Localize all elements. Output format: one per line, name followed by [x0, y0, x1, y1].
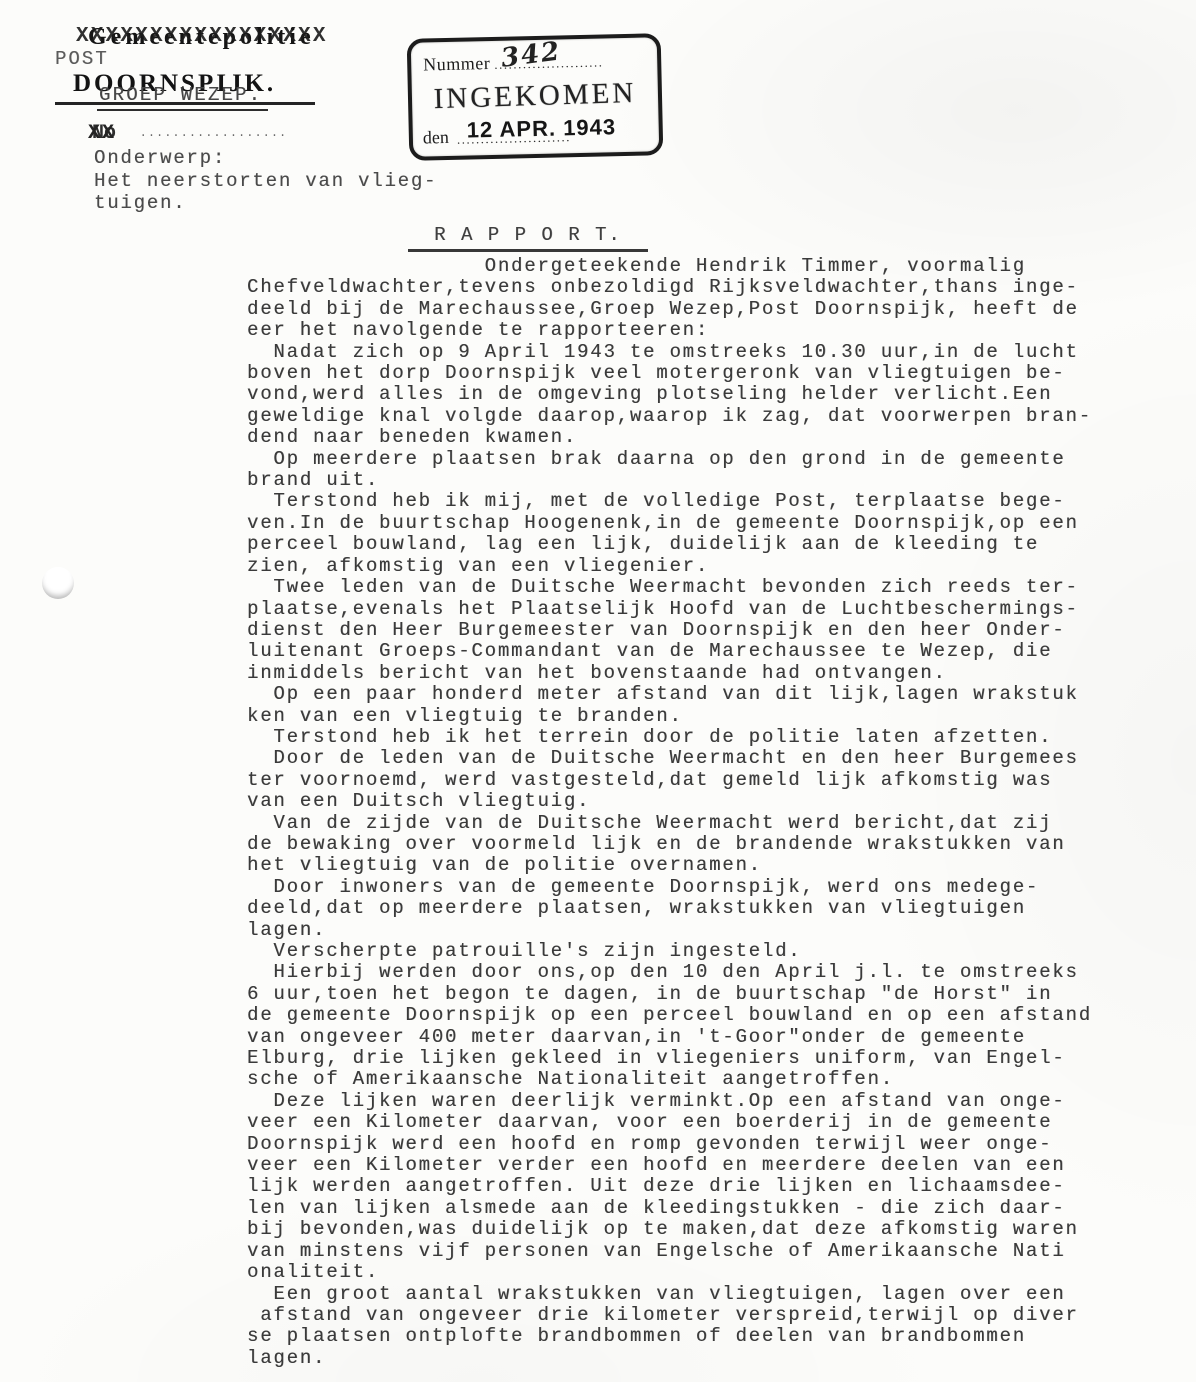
- report-line: dienst den Heer Burgemeester van Doornsp…: [247, 620, 1147, 641]
- report-line: Door inwoners van de gemeente Doornspijk…: [247, 877, 1147, 898]
- report-line: afstand van ongeveer drie kilometer vers…: [247, 1305, 1147, 1326]
- stamp-number-label: Nummer: [423, 53, 490, 75]
- report-line: inmiddels bericht van het bovenstaande h…: [247, 663, 1147, 684]
- report-line: luitenant Groeps-Commandant van de Marec…: [247, 641, 1147, 662]
- report-line: ken van een vliegtuig te branden.: [247, 706, 1147, 727]
- report-line: perceel bouwland, lag een lijk, duidelij…: [247, 534, 1147, 555]
- subject-text-line1: Het neerstorten van vlieg-: [94, 170, 437, 193]
- report-line: het vliegtuig van de politie overnamen.: [247, 855, 1147, 876]
- report-line: plaatse,evenals het Plaatselijk Hoofd va…: [247, 599, 1147, 620]
- report-line: sche of Amerikaansche Nationaliteit aang…: [247, 1069, 1147, 1090]
- report-line: boven het dorp Doornspijk veel motergero…: [247, 363, 1147, 384]
- report-line: onaliteit.: [247, 1262, 1147, 1283]
- report-line: dend naar beneden kwamen.: [247, 427, 1147, 448]
- group-line: GROEP WEZEP.: [97, 84, 268, 111]
- report-title-underline: R A P P O R T.: [408, 224, 648, 252]
- report-line: Twee leden van de Duitsche Weermacht bev…: [247, 577, 1147, 598]
- strikeout-x-marks: XXXXXXXXXXXXXXXXX: [76, 25, 328, 48]
- stamp-date-row: den ........................ 12 APR. 194…: [423, 122, 649, 148]
- report-line: eer het navolgende te rapporteeren:: [247, 320, 1147, 341]
- report-line: veer een Kilometer daarvan, voor een boe…: [247, 1112, 1147, 1133]
- report-line: Chefveldwachter,tevens onbezoldigd Rijks…: [247, 277, 1147, 298]
- report-line: len van lijken alsmede aan de kleedingst…: [247, 1198, 1147, 1219]
- report-line: van een Duitsch vliegtuig.: [247, 791, 1147, 812]
- report-line: deeld,dat op meerdere plaatsen, wrakstuk…: [247, 898, 1147, 919]
- number-dotted-line: ..................: [140, 126, 288, 140]
- report-line: van minstens vijf personen van Engelsche…: [247, 1241, 1147, 1262]
- report-line: Nadat zich op 9 April 1943 te omstreeks …: [247, 342, 1147, 363]
- report-line: Terstond heb ik mij, met de volledige Po…: [247, 491, 1147, 512]
- report-line: Op meerdere plaatsen brak daarna op den …: [247, 449, 1147, 470]
- ingekomen-stamp: Nummer ....................... 342 INGEK…: [407, 33, 664, 161]
- report-line: Doornspijk werd een hoofd en romp gevond…: [247, 1134, 1147, 1155]
- report-line: van ongeveer 400 meter daarvan,in 't-Goo…: [247, 1027, 1147, 1048]
- report-line: Van de zijde van de Duitsche Weermacht w…: [247, 813, 1147, 834]
- scanned-report-page: Gemeentepolitie XXXXXXXXXXXXXXXXX POST D…: [0, 0, 1196, 1382]
- report-line: vond,werd alles in de omgeving plotselin…: [247, 384, 1147, 405]
- number-line: No XX ..................: [92, 122, 287, 144]
- subject-label: Onderwerp:: [94, 147, 437, 170]
- report-line: lagen.: [247, 1348, 1147, 1369]
- subject-block: Onderwerp: Het neerstorten van vlieg- tu…: [94, 147, 437, 215]
- post-prefix: POST: [55, 48, 109, 70]
- report-line: lijk werden aangetroffen. Uit deze drie …: [247, 1176, 1147, 1197]
- stamp-received-label: INGEKOMEN: [412, 76, 659, 117]
- report-line: deeld bij de Marechaussee,Groep Wezep,Po…: [247, 299, 1147, 320]
- report-body: Ondergeteekende Hendrik Timmer, voormali…: [247, 256, 1147, 1369]
- report-line: zien, afkomstig van een vliegenier.: [247, 556, 1147, 577]
- report-line: veer een Kilometer verder een hoofd en m…: [247, 1155, 1147, 1176]
- report-line: lagen.: [247, 920, 1147, 941]
- report-line: geweldige knal volgde daarop,waarop ik z…: [247, 406, 1147, 427]
- stamp-number-row: Nummer ....................... 342: [423, 50, 643, 76]
- report-line: Verscherpte patrouille's zijn ingesteld.: [247, 941, 1147, 962]
- report-line: 6 uur,toen het begon te dagen, in de buu…: [247, 984, 1147, 1005]
- stamp-date-value: 12 APR. 1943: [466, 114, 616, 143]
- report-line: bij bevonden,was duidelijk op te maken,d…: [247, 1219, 1147, 1240]
- report-line: Ondergeteekende Hendrik Timmer, voormali…: [247, 256, 1147, 277]
- report-line: Terstond heb ik het terrein door de poli…: [247, 727, 1147, 748]
- report-line: brand uit.: [247, 470, 1147, 491]
- report-line: de bewaking over voormeld lijk en de bra…: [247, 834, 1147, 855]
- punch-hole: [42, 567, 74, 599]
- report-line: Hierbij werden door ons,op den 10 den Ap…: [247, 962, 1147, 983]
- report-line: ter voornoemd, werd vastgesteld,dat geme…: [247, 770, 1147, 791]
- report-line: Deze lijken waren deerlijk verminkt.Op e…: [247, 1091, 1147, 1112]
- report-line: Een groot aantal wrakstukken van vliegtu…: [247, 1284, 1147, 1305]
- report-line: ven.In de buurtschap Hoogenenk,in de gem…: [247, 513, 1147, 534]
- report-line: Op een paar honderd meter afstand van di…: [247, 684, 1147, 705]
- report-line: de gemeente Doornspijk op een perceel bo…: [247, 1005, 1147, 1026]
- report-line: Elburg, drie lijken gekleed in vliegenie…: [247, 1048, 1147, 1069]
- report-title: R A P P O R T.: [434, 224, 622, 246]
- report-line: se plaatsen ontplofte brandbommen of dee…: [247, 1326, 1147, 1347]
- report-line: Door de leden van de Duitsche Weermacht …: [247, 748, 1147, 769]
- subject-text-line2: tuigen.: [94, 192, 437, 215]
- number-strikeout-x: XX: [88, 122, 116, 145]
- stamp-date-prefix: den: [423, 127, 449, 148]
